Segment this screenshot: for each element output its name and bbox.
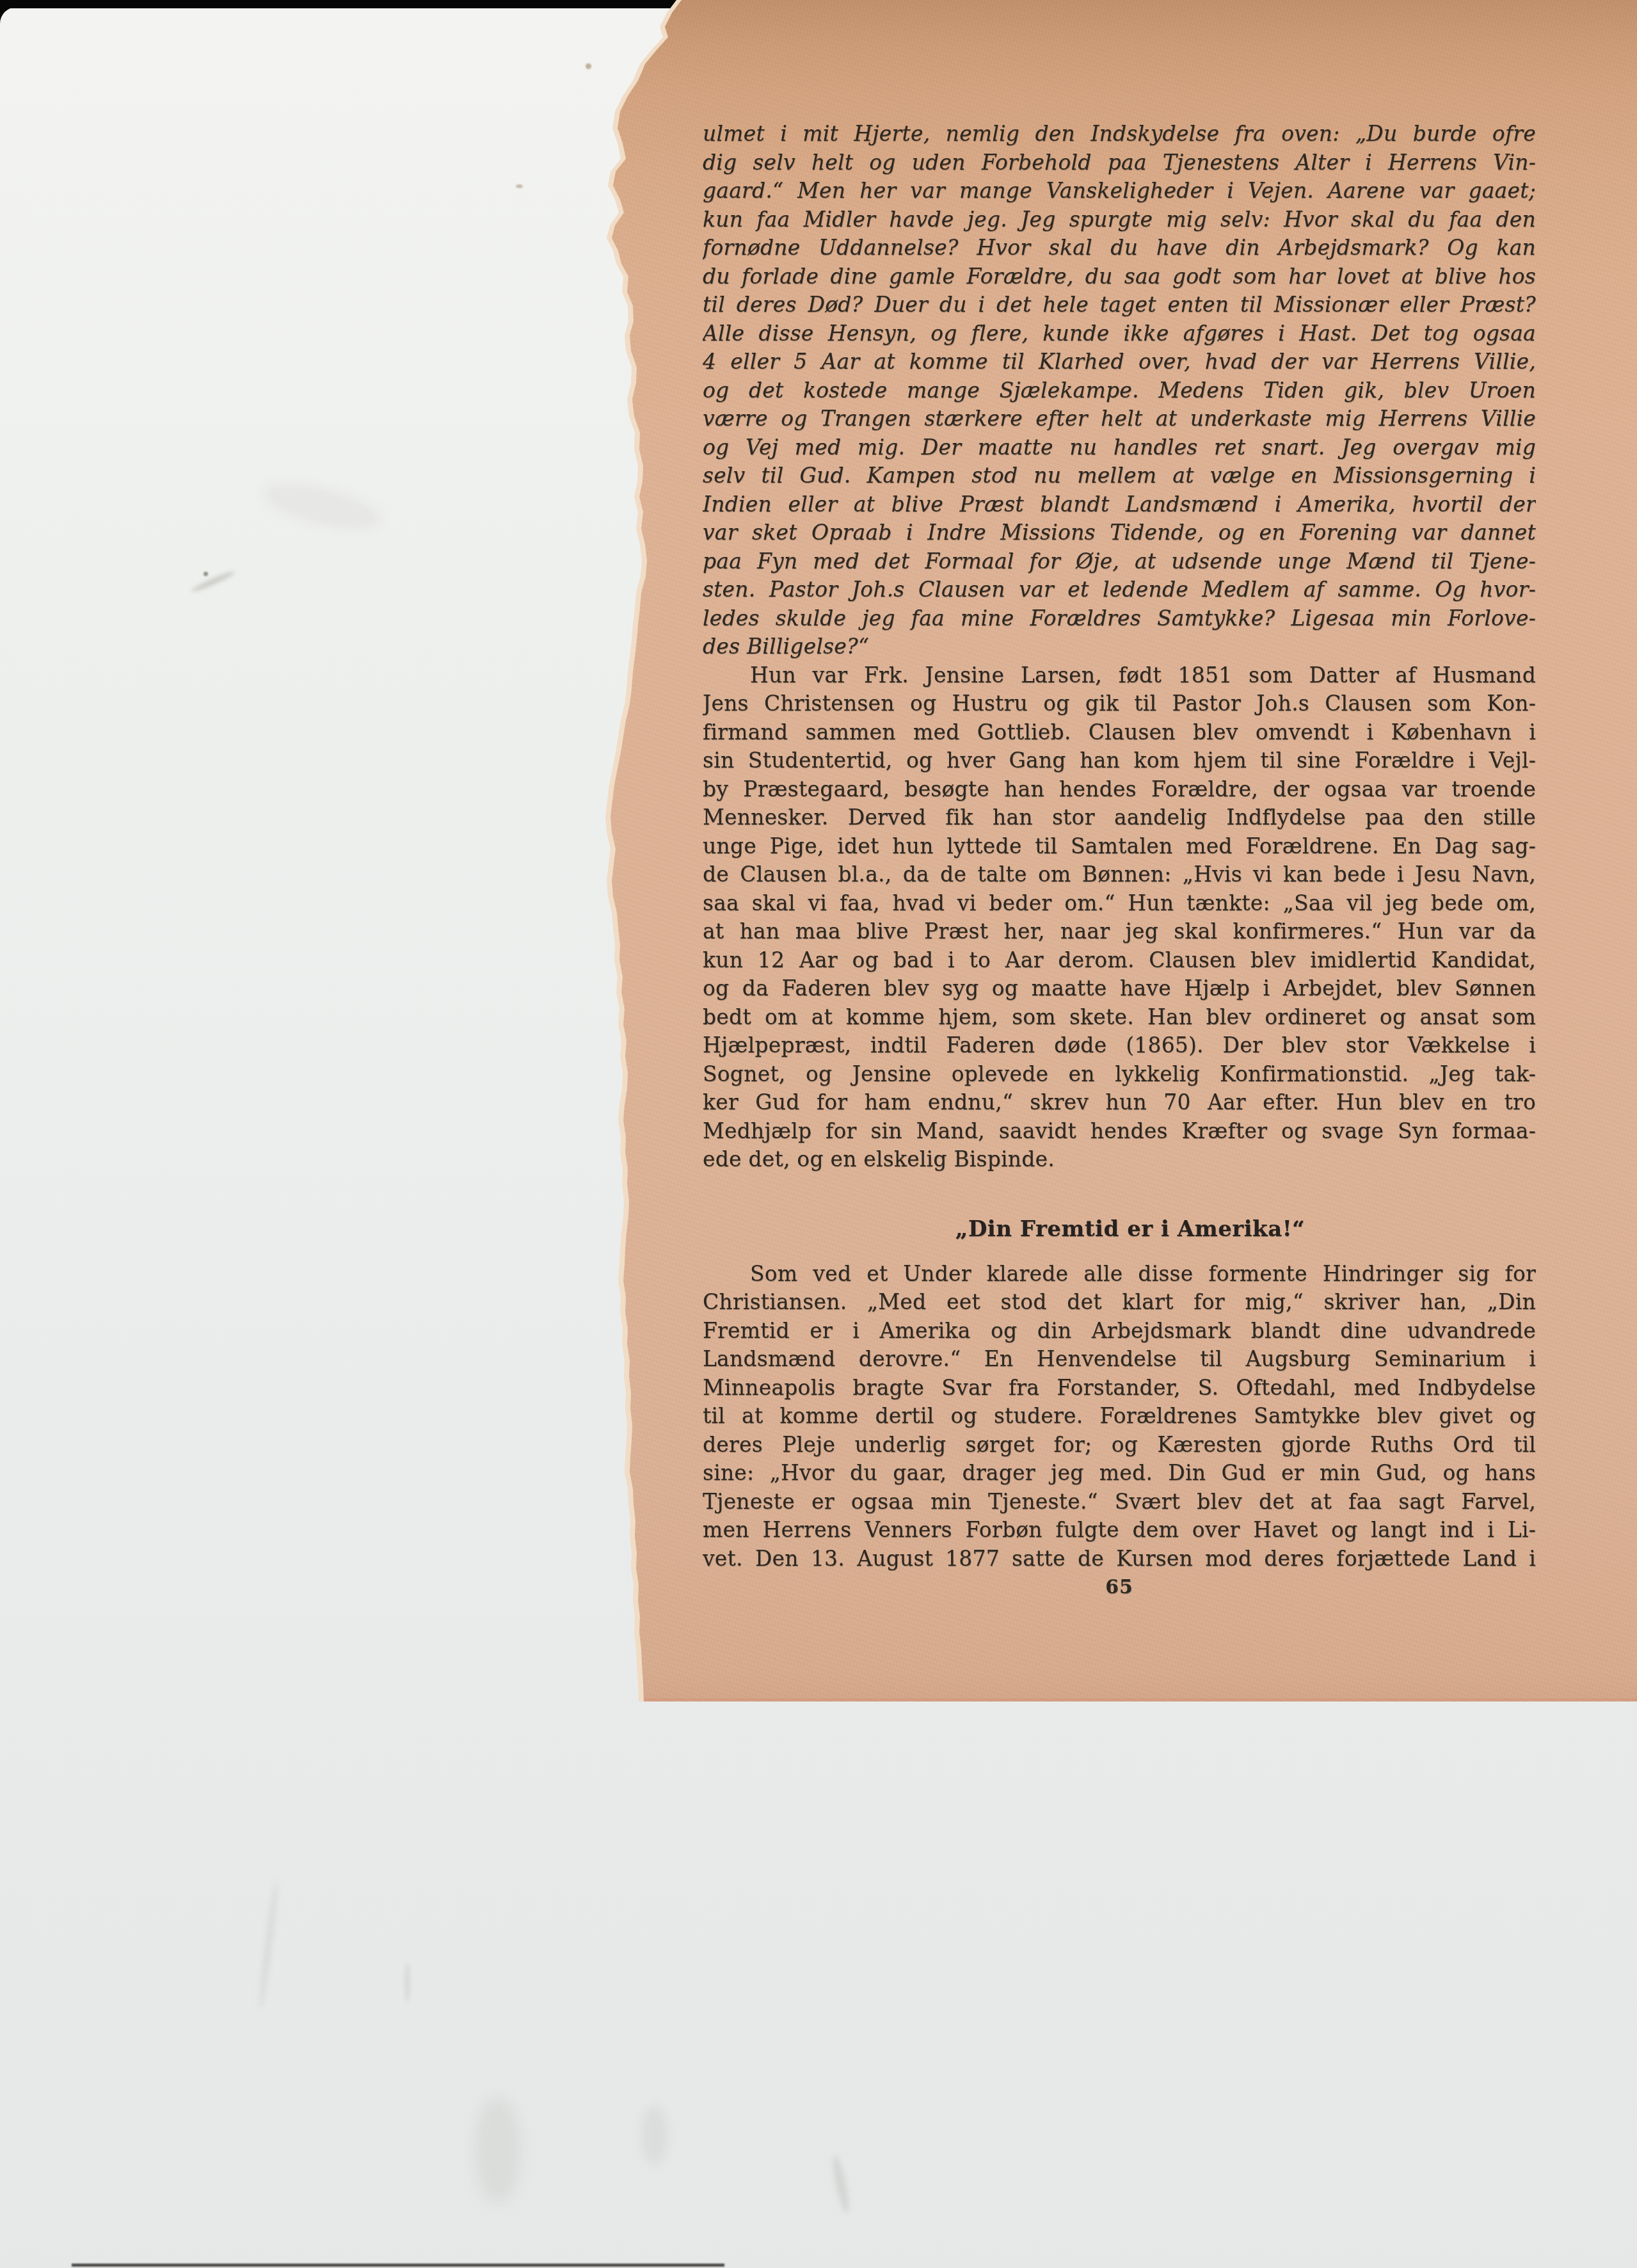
text-line: Jens Christensen og Hustru og gik til Pa… bbox=[703, 689, 1536, 718]
text-line: værre og Trangen stærkere efter helt at … bbox=[703, 405, 1536, 433]
text-line: by Præstegaard, besøgte han hendes Foræl… bbox=[703, 775, 1536, 804]
text-line: de Clausen bl.a., da de talte om Bønnen:… bbox=[703, 860, 1536, 889]
text-line: des Billigelse?“ bbox=[703, 632, 1536, 661]
text-line: Hjælpepræst, indtil Faderen døde (1865).… bbox=[703, 1031, 1536, 1060]
text-line: Medhjælp for sin Mand, saavidt hendes Kr… bbox=[703, 1117, 1536, 1146]
text-line: ulmet i mit Hjerte, nemlig den Indskydel… bbox=[703, 120, 1536, 149]
text-line: firmand sammen med Gottlieb. Clausen ble… bbox=[703, 718, 1536, 747]
scanner-lid-strip bbox=[0, 0, 707, 8]
text-line: var sket Opraab i Indre Missions Tidende… bbox=[703, 519, 1536, 547]
text-line: ede det, og en elskelig Bispinde. bbox=[703, 1145, 1536, 1174]
text-line: 4 eller 5 Aar at komme til Klarhed over,… bbox=[703, 348, 1536, 376]
scanner-gap-line bbox=[72, 2264, 724, 2267]
page-number: 65 bbox=[703, 1576, 1536, 1598]
text-line: kun 12 Aar og bad i to Aar derom. Clause… bbox=[703, 946, 1536, 975]
text-line: og da Faderen blev syg og maatte have Hj… bbox=[703, 974, 1536, 1003]
text-line: ledes skulde jeg faa mine Forældres Samt… bbox=[703, 604, 1536, 633]
text-line: til deres Død? Duer du i det hele taget … bbox=[703, 291, 1536, 319]
text-line: sine: „Hvor du gaar, drager jeg med. Din… bbox=[703, 1459, 1536, 1488]
text-line: Alle disse Hensyn, og flere, kunde ikke … bbox=[703, 319, 1536, 348]
book-page: ulmet i mit Hjerte, nemlig den Indskydel… bbox=[602, 0, 1637, 1703]
text-line: saa skal vi faa, hvad vi beder om.“ Hun … bbox=[703, 889, 1536, 918]
scanner-smudge bbox=[641, 2105, 668, 2164]
text-line: Tjeneste er ogsaa min Tjeneste.“ Svært b… bbox=[703, 1488, 1536, 1516]
text-line: paa Fyn med det Formaal for Øje, at udse… bbox=[703, 547, 1536, 576]
text-line: men Herrens Venners Forbøn fulgte dem ov… bbox=[703, 1516, 1536, 1545]
text-line: fornødne Uddannelse? Hvor skal du have d… bbox=[703, 234, 1536, 262]
text-line: Sognet, og Jensine oplevede en lykkelig … bbox=[703, 1060, 1536, 1089]
text-line: selv til Gud. Kampen stod nu mellem at v… bbox=[703, 462, 1536, 490]
text-line: Minneapolis bragte Svar fra Forstander, … bbox=[703, 1374, 1536, 1403]
text-line: vet. Den 13. August 1877 satte de Kursen… bbox=[703, 1545, 1536, 1573]
text-line: gaard.“ Men her var mange Vanskeligheder… bbox=[703, 177, 1536, 205]
text-line: Landsmænd derovre.“ En Henvendelse til A… bbox=[703, 1345, 1536, 1374]
page-text-block: ulmet i mit Hjerte, nemlig den Indskydel… bbox=[703, 120, 1536, 1573]
text-line: sten. Pastor Joh.s Clausen var et ledend… bbox=[703, 575, 1536, 604]
text-line: Indien eller at blive Præst blandt Lands… bbox=[703, 490, 1536, 519]
scanner-smudge bbox=[404, 1963, 410, 2002]
text-line: du forlade dine gamle Forældre, du saa g… bbox=[703, 262, 1536, 291]
dust-speck bbox=[586, 63, 591, 69]
text-line: bedt om at komme hjem, som skete. Han bl… bbox=[703, 1003, 1536, 1032]
scanner-smudge bbox=[259, 474, 385, 538]
paragraph-amerika: Som ved et Under klarede alle disse form… bbox=[703, 1260, 1536, 1573]
scanner-smudge bbox=[257, 1879, 280, 2011]
scanned-document: ulmet i mit Hjerte, nemlig den Indskydel… bbox=[0, 0, 1637, 2268]
text-line: at han maa blive Præst her, naar jeg ska… bbox=[703, 917, 1536, 946]
text-line: deres Pleje underlig sørget for; og Kære… bbox=[703, 1431, 1536, 1460]
text-line: kun faa Midler havde jeg. Jeg spurgte mi… bbox=[703, 205, 1536, 234]
text-line: Som ved et Under klarede alle disse form… bbox=[703, 1260, 1536, 1289]
text-line: Christiansen. „Med eet stod det klart fo… bbox=[703, 1288, 1536, 1317]
scanner-smudge bbox=[475, 2097, 521, 2203]
text-line: sin Studentertid, og hver Gang han kom h… bbox=[703, 746, 1536, 775]
dust-speck bbox=[204, 572, 208, 576]
text-line: til at komme dertil og studere. Forældre… bbox=[703, 1402, 1536, 1431]
text-line: og det kostede mange Sjælekampe. Medens … bbox=[703, 376, 1536, 405]
scanner-smudge bbox=[830, 2154, 852, 2214]
scanner-smudge bbox=[190, 569, 236, 593]
text-line: dig selv helt og uden Forbehold paa Tjen… bbox=[703, 149, 1536, 177]
text-line: Mennesker. Derved fik han stor aandelig … bbox=[703, 803, 1536, 832]
text-line: og Vej med mig. Der maatte nu handles re… bbox=[703, 433, 1536, 462]
paragraph-jensine: Hun var Frk. Jensine Larsen, født 1851 s… bbox=[703, 661, 1536, 1174]
text-line: Fremtid er i Amerika og din Arbejdsmark … bbox=[703, 1317, 1536, 1346]
dust-speck bbox=[516, 184, 523, 188]
paragraph-continuation: ulmet i mit Hjerte, nemlig den Indskydel… bbox=[703, 120, 1536, 661]
text-line: Hun var Frk. Jensine Larsen, født 1851 s… bbox=[703, 661, 1536, 690]
text-line: ker Gud for ham endnu,“ skrev hun 70 Aar… bbox=[703, 1088, 1536, 1117]
section-heading: „Din Fremtid er i Amerika!“ bbox=[724, 1214, 1536, 1244]
text-line: unge Pige, idet hun lyttede til Samtalen… bbox=[703, 832, 1536, 861]
